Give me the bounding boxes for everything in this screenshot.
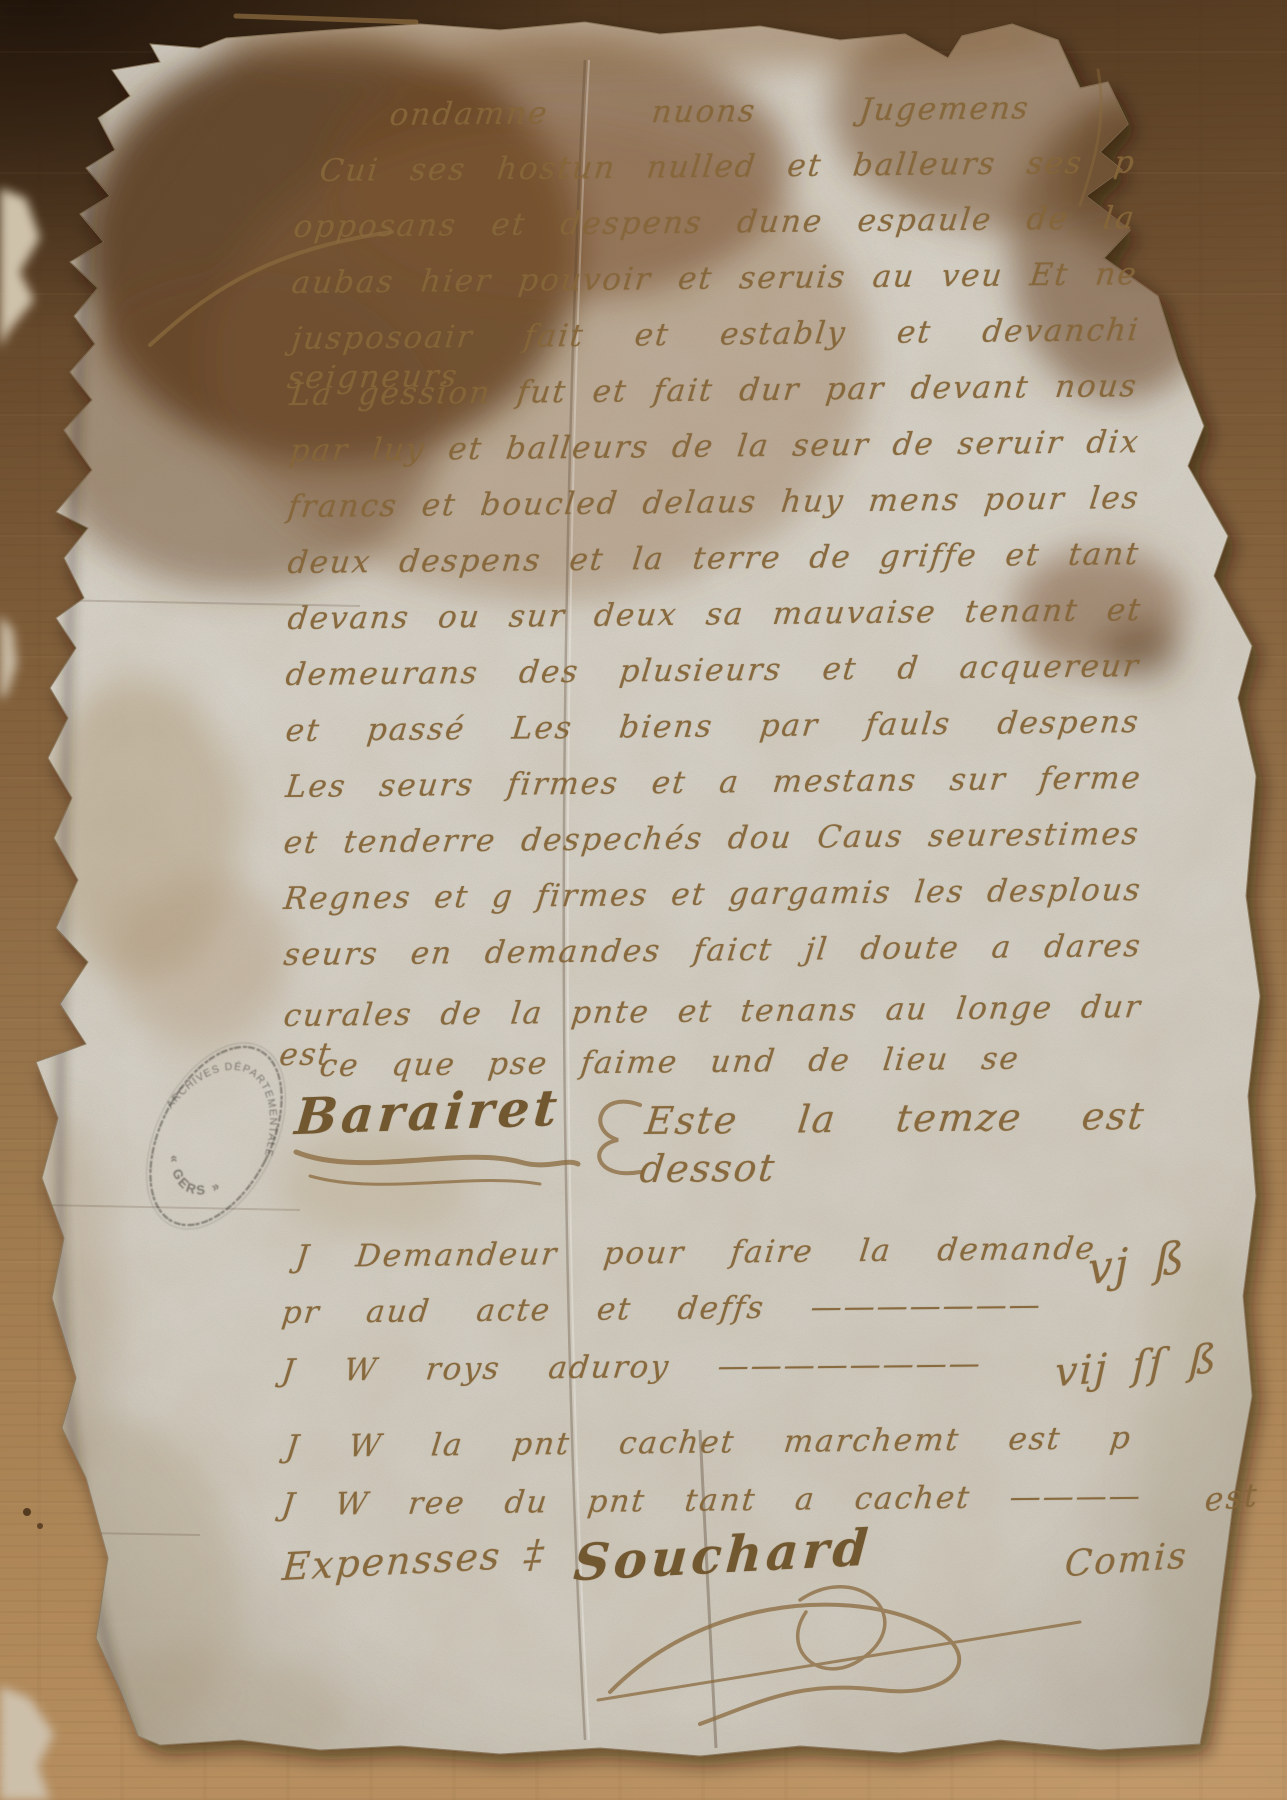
capital-swash: [150, 232, 392, 345]
manuscript-photo: ARCHIVES DÉPARTEMENTALES « GERS » ondamn…: [0, 0, 1287, 1800]
margin-tail: [1080, 70, 1101, 205]
barairet-underline2: [310, 1176, 540, 1184]
attest-initial: [599, 1102, 640, 1174]
ink-flourishes: [0, 0, 1287, 1800]
souchard-paraph: [610, 1605, 959, 1724]
barairet-underline: [296, 1152, 578, 1165]
pen-trial-stroke: [236, 16, 416, 22]
